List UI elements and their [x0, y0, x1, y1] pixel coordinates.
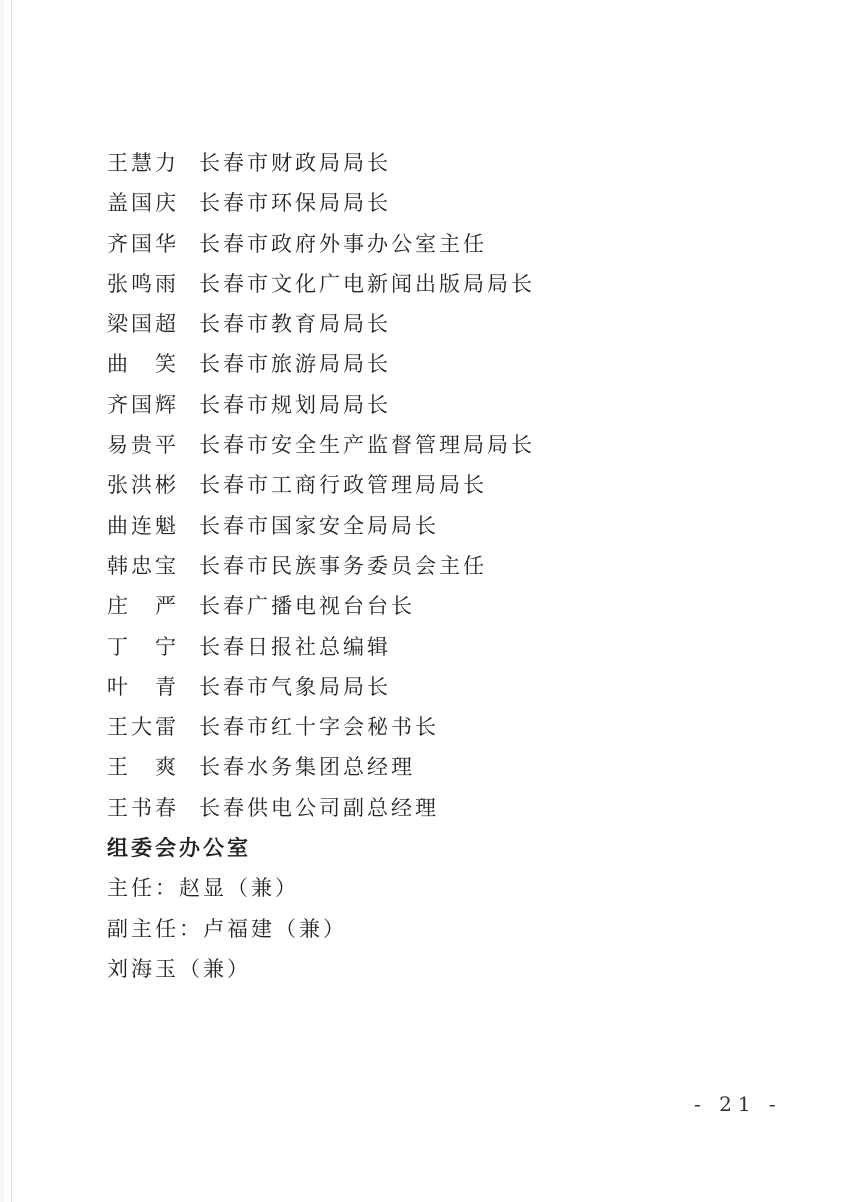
- member-name: 张洪彬: [107, 465, 199, 505]
- member-title: 长春市红十字会秘书长: [199, 707, 439, 747]
- member-row: 王大雷长春市红十字会秘书长: [107, 707, 535, 747]
- member-row: 齐国华长春市政府外事办公室主任: [107, 224, 535, 264]
- scan-edge-line: [11, 0, 12, 1202]
- member-title: 长春市文化广电新闻出版局局长: [199, 264, 535, 304]
- member-name: 曲连魁: [107, 506, 199, 546]
- member-title: 长春供电公司副总经理: [199, 788, 439, 828]
- member-row: 曲连魁长春市国家安全局局长: [107, 506, 535, 546]
- member-row: 易贵平长春市安全生产监督管理局局长: [107, 425, 535, 465]
- member-title: 长春市旅游局局长: [199, 344, 391, 384]
- page-number: - 21 -: [694, 1092, 782, 1116]
- member-row: 盖国庆长春市环保局局长: [107, 183, 535, 223]
- member-name: 庄 严: [107, 586, 199, 626]
- member-row: 王慧力长春市财政局局长: [107, 143, 535, 183]
- member-name: 易贵平: [107, 425, 199, 465]
- member-row: 梁国超长春市教育局局长: [107, 304, 535, 344]
- member-row: 齐国辉长春市规划局局长: [107, 385, 535, 425]
- member-name: 张鸣雨: [107, 264, 199, 304]
- member-title: 长春市民族事务委员会主任: [199, 546, 487, 586]
- member-name: 齐国辉: [107, 385, 199, 425]
- office-member: 刘海玉（兼）: [107, 949, 535, 989]
- member-title: 长春市工商行政管理局局长: [199, 465, 487, 505]
- member-name: 丁 宁: [107, 627, 199, 667]
- member-title: 长春市教育局局长: [199, 304, 391, 344]
- office-director: 主任：赵显（兼）: [107, 868, 535, 908]
- member-row: 庄 严长春广播电视台台长: [107, 586, 535, 626]
- member-name: 王慧力: [107, 143, 199, 183]
- member-title: 长春日报社总编辑: [199, 627, 391, 667]
- member-name: 王 爽: [107, 747, 199, 787]
- member-name: 盖国庆: [107, 183, 199, 223]
- member-row: 曲 笑长春市旅游局局长: [107, 344, 535, 384]
- member-name: 王大雷: [107, 707, 199, 747]
- member-row: 韩忠宝长春市民族事务委员会主任: [107, 546, 535, 586]
- member-name: 叶 青: [107, 667, 199, 707]
- member-title: 长春市环保局局长: [199, 183, 391, 223]
- member-title: 长春市财政局局长: [199, 143, 391, 183]
- scan-edge-shade: [0, 0, 4, 1202]
- office-deputy-director: 副主任：卢福建（兼）: [107, 909, 535, 949]
- member-name: 曲 笑: [107, 344, 199, 384]
- member-name: 王书春: [107, 788, 199, 828]
- member-title: 长春水务集团总经理: [199, 747, 415, 787]
- member-title: 长春市政府外事办公室主任: [199, 224, 487, 264]
- member-row: 王书春长春供电公司副总经理: [107, 788, 535, 828]
- member-title: 长春市国家安全局局长: [199, 506, 439, 546]
- member-row: 丁 宁长春日报社总编辑: [107, 627, 535, 667]
- member-name: 齐国华: [107, 224, 199, 264]
- member-title: 长春市气象局局长: [199, 667, 391, 707]
- member-title: 长春市安全生产监督管理局局长: [199, 425, 535, 465]
- member-row: 张洪彬长春市工商行政管理局局长: [107, 465, 535, 505]
- office-heading: 组委会办公室: [107, 828, 535, 868]
- member-title: 长春市规划局局长: [199, 385, 391, 425]
- member-row: 王 爽长春水务集团总经理: [107, 747, 535, 787]
- member-name: 韩忠宝: [107, 546, 199, 586]
- member-name: 梁国超: [107, 304, 199, 344]
- member-title: 长春广播电视台台长: [199, 586, 415, 626]
- member-row: 叶 青长春市气象局局长: [107, 667, 535, 707]
- member-row: 张鸣雨长春市文化广电新闻出版局局长: [107, 264, 535, 304]
- document-body: 王慧力长春市财政局局长 盖国庆长春市环保局局长 齐国华长春市政府外事办公室主任 …: [107, 143, 535, 989]
